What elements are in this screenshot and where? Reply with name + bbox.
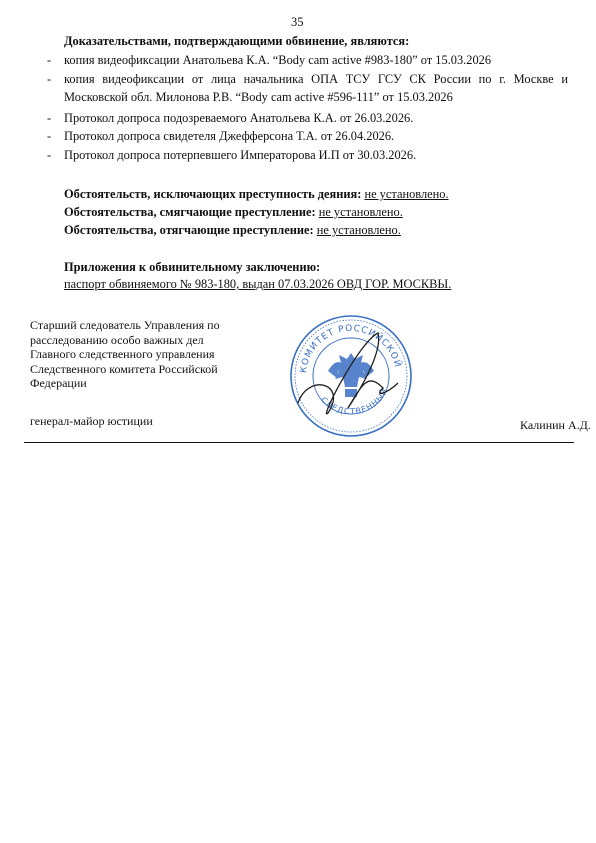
list-bullet: -: [47, 111, 51, 126]
evidence-item: Протокол допроса подозреваемого Анатолье…: [64, 111, 413, 126]
evidence-item-continued: Московской обл. Милонова Р.В. “Body cam …: [64, 90, 453, 105]
list-bullet: -: [47, 53, 51, 68]
position-line: Федерации: [30, 376, 220, 391]
position-line: Главного следственного управления: [30, 347, 220, 362]
position-line: расследованию особо важных дел: [30, 333, 220, 348]
evidence-item: копия видеофиксации Анатольева К.А. “Bod…: [64, 53, 491, 68]
page-number: 35: [291, 15, 304, 30]
circumstance-row: Обстоятельств, исключающих преступность …: [64, 187, 449, 202]
circumstance-value: не установлено.: [364, 187, 448, 201]
position-line: Старший следователь Управления по: [30, 318, 220, 333]
circumstance-value: не установлено.: [319, 205, 403, 219]
circumstance-row: Обстоятельства, отягчающие преступление:…: [64, 223, 401, 238]
signature-divider: [24, 442, 574, 443]
signatory-rank: генерал-майор юстиции: [30, 414, 153, 429]
signatory-name: Калинин А.Д.: [520, 418, 591, 433]
evidence-item: Протокол допроса потерпевшего Императоро…: [64, 148, 416, 163]
appendix-heading: Приложения к обвинительному заключению:: [64, 260, 320, 275]
circumstance-label: Обстоятельств, исключающих преступность …: [64, 187, 361, 201]
evidence-item: копия видеофиксации от лица начальника О…: [64, 72, 568, 87]
list-bullet: -: [47, 72, 51, 87]
circumstance-label: Обстоятельства, отягчающие преступление:: [64, 223, 314, 237]
signatory-position: Старший следователь Управления по рассле…: [30, 318, 220, 391]
circumstance-row: Обстоятельства, смягчающие преступление:…: [64, 205, 403, 220]
circumstance-label: Обстоятельства, смягчающие преступление:: [64, 205, 316, 219]
evidence-item: Протокол допроса свидетеля Джефферсона Т…: [64, 129, 394, 144]
list-bullet: -: [47, 129, 51, 144]
circumstance-value: не установлено.: [317, 223, 401, 237]
list-bullet: -: [47, 148, 51, 163]
position-line: Следственного комитета Российской: [30, 362, 220, 377]
evidence-heading: Доказательствами, подтверждающими обвине…: [64, 34, 409, 49]
appendix-text: паспорт обвиняемого № 983-180, выдан 07.…: [64, 277, 451, 292]
official-stamp-icon: КОМИТЕТ РОССИЙСКОЙ ФЕДЕРАЦИИ СЛЕДСТВЕННЫ…: [288, 313, 414, 439]
